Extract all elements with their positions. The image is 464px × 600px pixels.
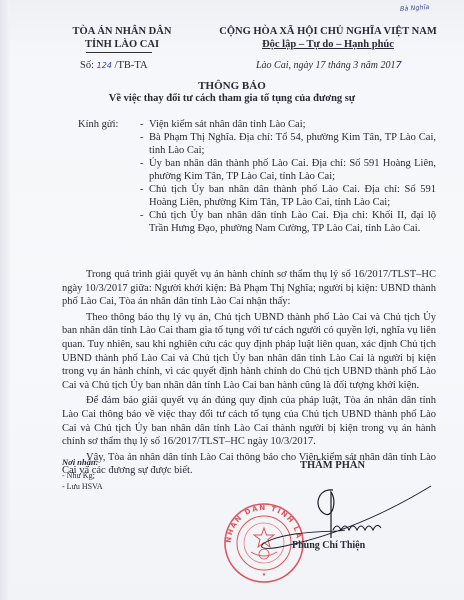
recipients-list: Viện kiểm sát nhân dân tỉnh Lào Cai; Bà …	[140, 118, 436, 235]
motto: Độc lập – Tự do – Hạnh phúc	[210, 38, 446, 51]
court-underline	[86, 52, 152, 53]
recipient-item: Viện kiểm sát nhân dân tỉnh Lào Cai;	[140, 118, 436, 131]
court-name: TÒA ÁN NHÂN DÂN TỈNH LÀO CAI	[72, 25, 172, 51]
document-page: Bà Nghĩa TÒA ÁN NHÂN DÂN TỈNH LÀO CAI Số…	[0, 0, 464, 600]
place-date: Lào Cai, ngày 17 tháng 3 năm 2017	[256, 60, 402, 71]
document-number: Số: 124 /TB-TA	[80, 60, 148, 71]
national-header: CỘNG HÒA XÃ HỘI CHỦ NGHĨA VIỆT NAM Độc l…	[210, 25, 446, 51]
svg-text:★: ★	[262, 572, 267, 578]
judge-name: Phùng Chí Thiện	[292, 540, 365, 551]
judge-title: THẨM PHÁN	[300, 460, 365, 471]
recipients-note: Nơi nhận: - Như Kg; - Lưu HSVA	[62, 457, 103, 492]
recipient-item: Chủ tịch Ủy ban nhân dân tỉnh Lào Cai. Đ…	[140, 209, 436, 235]
recipient-item: Bà Phạm Thị Nghĩa. Địa chỉ: Tổ 54, phườn…	[140, 131, 436, 157]
recipients-label: Kính gửi:	[78, 119, 118, 130]
body-text: Trong quá trình giải quyết vụ án hành ch…	[62, 268, 436, 480]
recipient-item: Chủ tịch Ủy ban nhân dân thành phố Lào C…	[140, 183, 436, 209]
body-paragraph: Vậy, Tòa án nhân dân tỉnh Lào Cai thông …	[62, 451, 436, 478]
recipient-item: Ủy ban nhân dân thành phố Lào Cai. Địa c…	[140, 157, 436, 183]
document-title: THÔNG BÁO	[0, 80, 464, 92]
handwritten-note: Bà Nghĩa	[400, 3, 430, 13]
handwritten-number: 124	[97, 61, 112, 70]
body-paragraph: Để đảm bảo giải quyết vụ án đúng quy địn…	[62, 394, 436, 448]
body-paragraph: Trong quá trình giải quyết vụ án hành ch…	[62, 268, 436, 309]
document-subject: Về việc thay đổi tư cách tham gia tố tụn…	[0, 93, 464, 104]
body-paragraph: Theo thông báo thụ lý vụ án, Chủ tịch UB…	[62, 311, 436, 393]
